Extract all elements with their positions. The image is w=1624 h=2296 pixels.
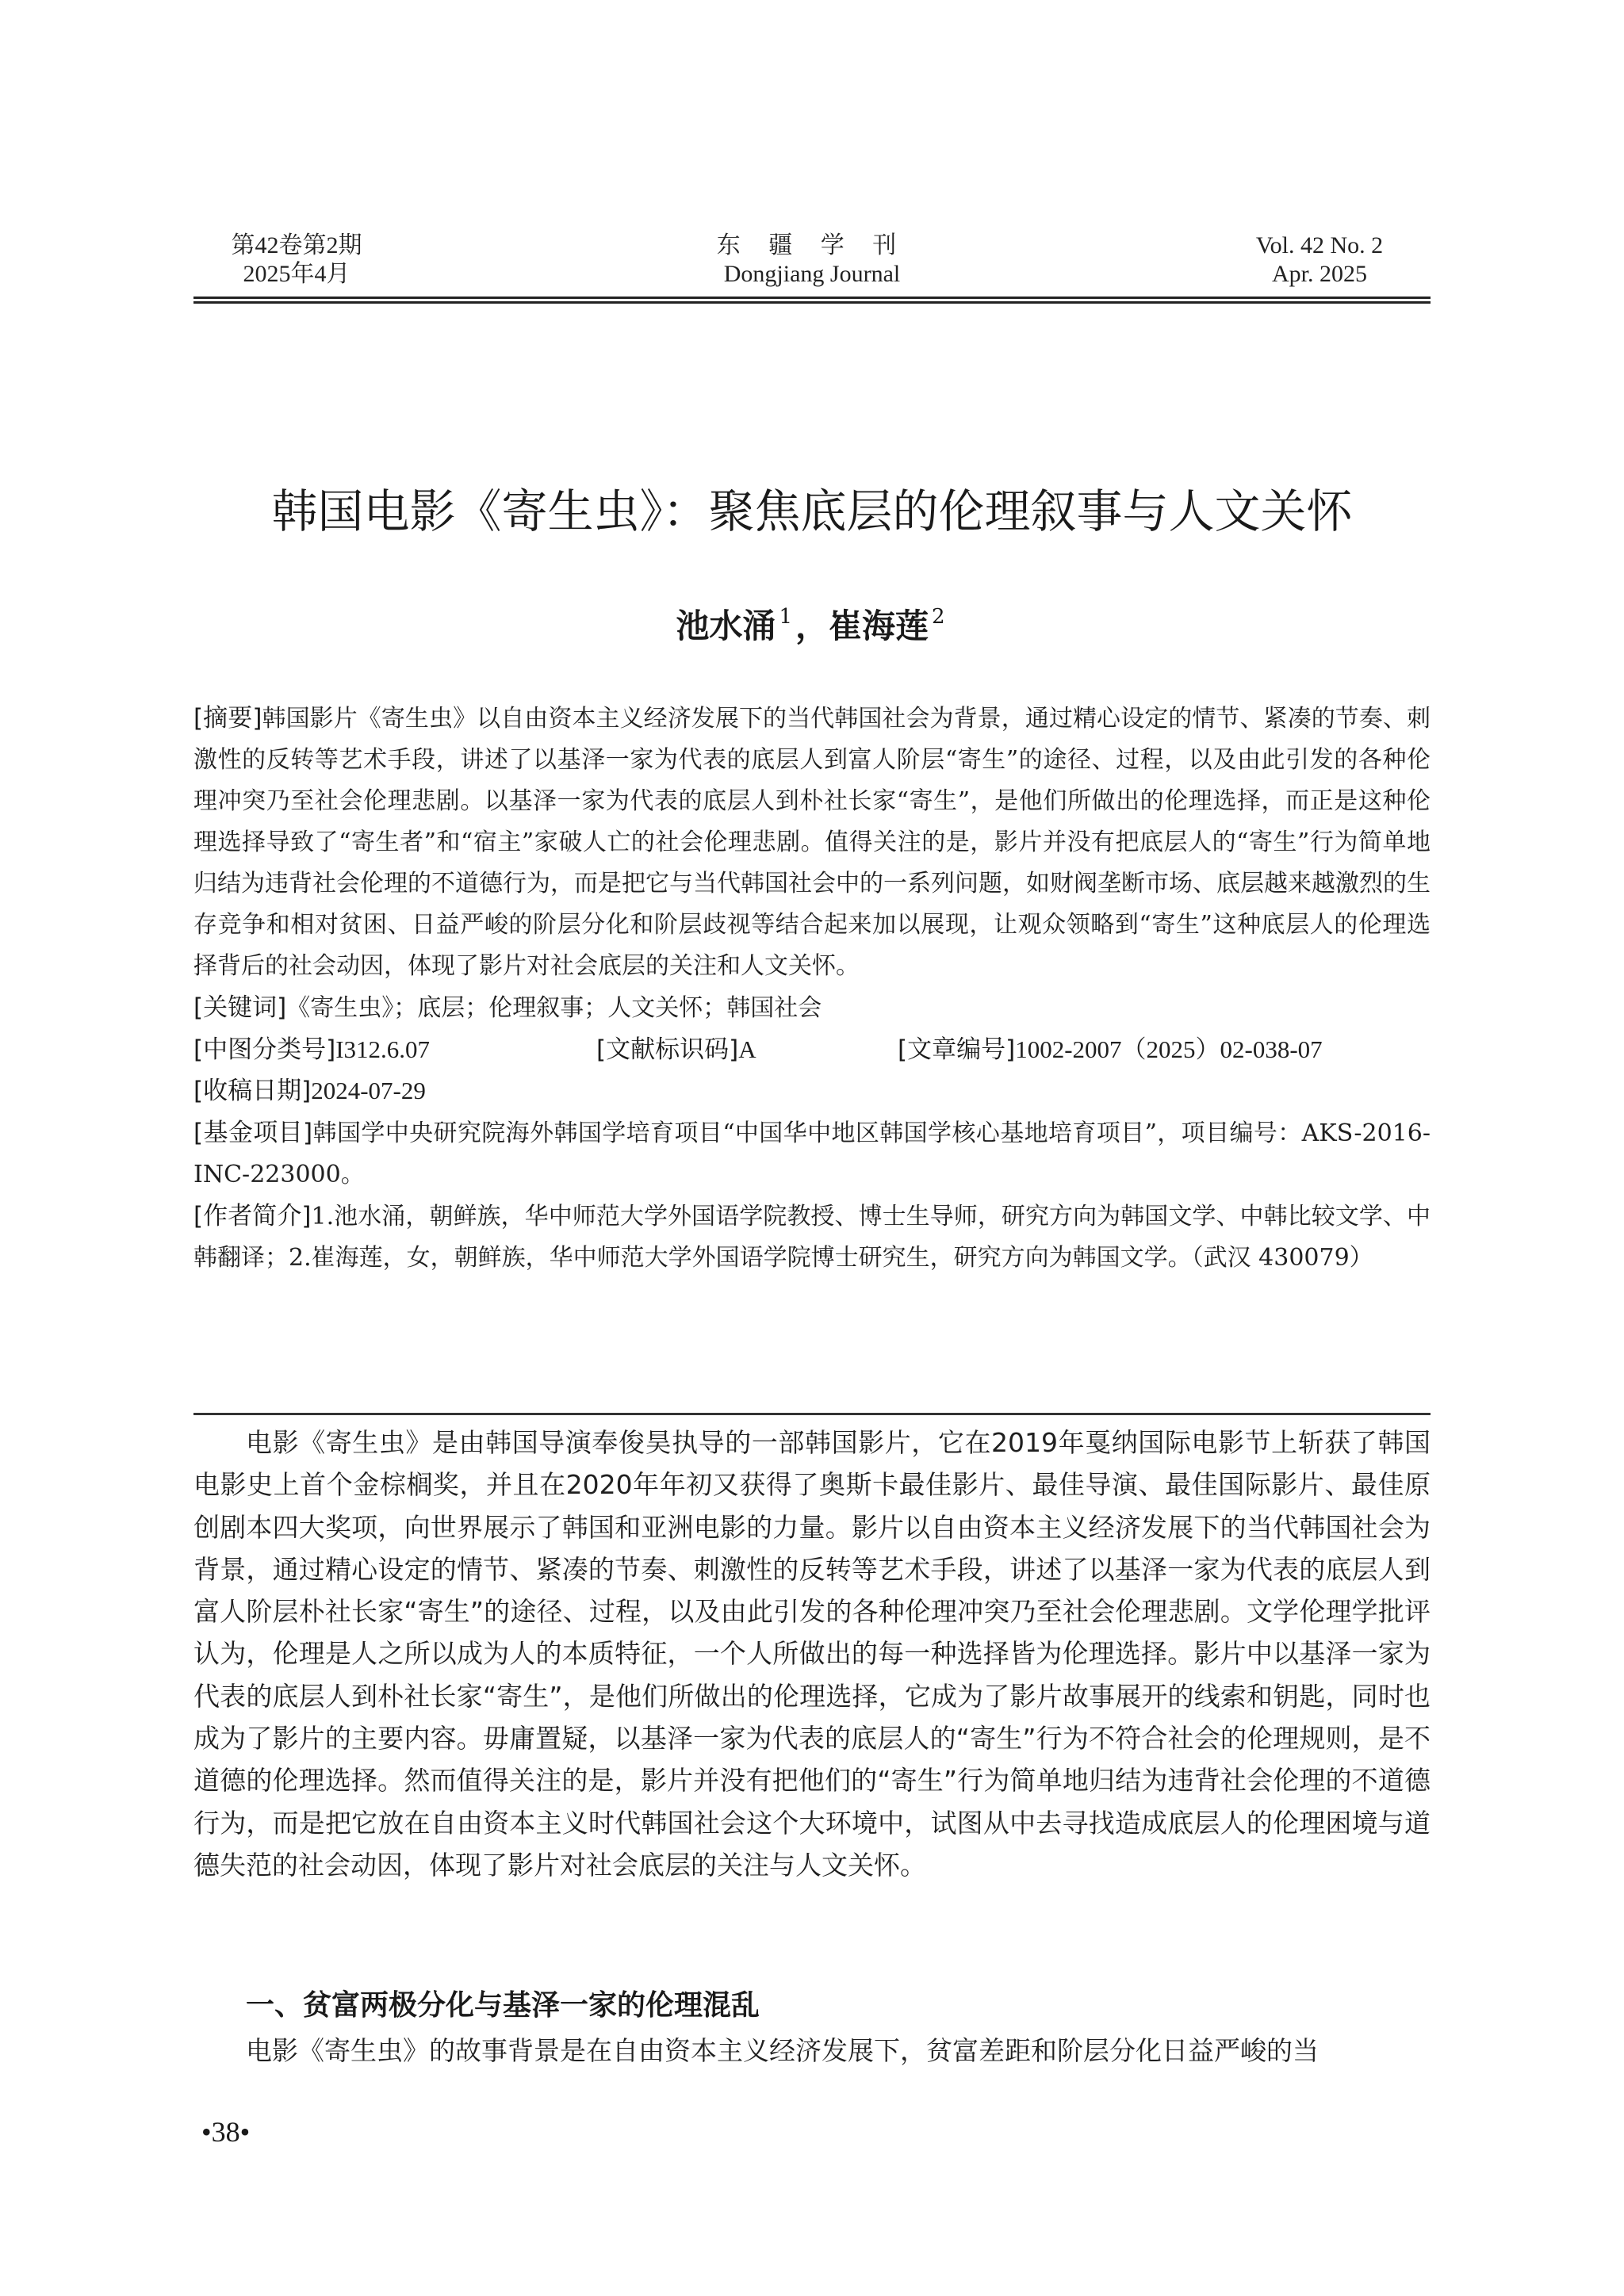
running-header: 第42卷第2期 2025年4月 东 疆 学 刊 Dongjiang Journa… — [193, 232, 1431, 295]
volume-issue-cn: 第42卷第2期 — [217, 232, 376, 260]
article-title: 韩国电影《寄生虫》：聚焦底层的伦理叙事与人文关怀 — [193, 481, 1431, 541]
volume-issue-en: Vol. 42 No. 2 — [1232, 232, 1407, 260]
doc-code-label: [文献标识码] — [596, 1035, 738, 1064]
classification-row: [中图分类号]I312.6.07 [文献标识码]A [文章编号]1002-200… — [193, 1029, 1431, 1070]
body-text: 电影《寄生虫》是由韩国导演奉俊昊执导的一部韩国影片，它在2019年戛纳国际电影节… — [193, 1422, 1431, 1886]
date-en: Apr. 2025 — [1232, 260, 1407, 289]
clc-label: [中图分类号] — [193, 1035, 335, 1064]
author-line: 池水涌1，崔海莲2 — [193, 593, 1431, 650]
article-no-cell: [文章编号]1002-2007（2025）02-038-07 — [898, 1029, 1323, 1071]
article-no-value: 1002-2007（2025）02-038-07 — [1015, 1035, 1322, 1063]
fund-label: [基金项目] — [193, 1119, 312, 1147]
received-label: [收稿日期] — [193, 1077, 311, 1105]
author-name: 池水涌 — [676, 607, 776, 645]
keywords: [关键词]《寄生虫》；底层；伦理叙事；人文关怀；韩国社会 — [193, 987, 1431, 1029]
page-number: •38• — [201, 2115, 250, 2149]
keywords-label: [关键词] — [193, 993, 286, 1022]
journal-name-cn: 东 疆 学 刊 — [653, 232, 971, 260]
doc-code-cell: [文献标识码]A — [596, 1029, 756, 1071]
author-name: 崔海莲 — [829, 607, 929, 645]
abstract-label: [摘要] — [193, 704, 262, 733]
section-body: 电影《寄生虫》的故事背景是在自由资本主义经济发展下，贫富差距和阶层分化日益严峻的… — [193, 2030, 1431, 2072]
front-matter: [摘要]韩国影片《寄生虫》以自由资本主义经济发展下的当代韩国社会为背景，通过精心… — [193, 698, 1431, 1279]
abstract: [摘要]韩国影片《寄生虫》以自由资本主义经济发展下的当代韩国社会为背景，通过精心… — [193, 698, 1431, 987]
section-heading: 一、贫富两极分化与基泽一家的伦理混乱 — [246, 1984, 760, 2028]
received-date: [收稿日期]2024-07-29 — [193, 1070, 1431, 1112]
header-double-rule — [193, 297, 1431, 304]
journal-name: 东 疆 学 刊 Dongjiang Journal — [653, 232, 971, 289]
fund-info: [基金项目]韩国学中央研究院海外韩国学培育项目“中国华中地区韩国学核心基地培育项… — [193, 1112, 1431, 1196]
section-paragraph: 电影《寄生虫》的故事背景是在自由资本主义经济发展下，贫富差距和阶层分化日益严峻的… — [193, 2030, 1431, 2072]
received-value: 2024-07-29 — [311, 1077, 426, 1104]
abstract-text: 韩国影片《寄生虫》以自由资本主义经济发展下的当代韩国社会为背景，通过精心设定的情… — [193, 705, 1431, 980]
author-affiliation-mark: 1 — [779, 605, 792, 629]
intro-paragraph: 电影《寄生虫》是由韩国导演奉俊昊执导的一部韩国影片，它在2019年戛纳国际电影节… — [193, 1422, 1431, 1886]
date-cn: 2025年4月 — [217, 260, 376, 289]
issue-info-en: Vol. 42 No. 2 Apr. 2025 — [1232, 232, 1407, 289]
front-matter-separator — [193, 1413, 1431, 1415]
journal-page: 第42卷第2期 2025年4月 东 疆 学 刊 Dongjiang Journa… — [0, 0, 1624, 2296]
bio-label: [作者简介] — [193, 1202, 312, 1230]
author-bio: [作者简介]1.池水涌，朝鲜族，华中师范大学外国语学院教授、博士生导师，研究方向… — [193, 1196, 1431, 1279]
author-affiliation-mark: 2 — [932, 605, 945, 629]
journal-name-en: Dongjiang Journal — [653, 260, 971, 289]
fund-text: 韩国学中央研究院海外韩国学培育项目“中国华中地区韩国学核心基地培育项目”，项目编… — [193, 1119, 1431, 1188]
author-separator: ， — [795, 607, 829, 645]
bio-text: 1.池水涌，朝鲜族，华中师范大学外国语学院教授、博士生导师，研究方向为韩国文学、… — [193, 1203, 1431, 1272]
clc-cell: [中图分类号]I312.6.07 — [193, 1029, 430, 1071]
issue-info: 第42卷第2期 2025年4月 — [217, 232, 376, 289]
article-no-label: [文章编号] — [898, 1035, 1015, 1064]
keywords-text: 《寄生虫》；底层；伦理叙事；人文关怀；韩国社会 — [286, 994, 822, 1022]
doc-code-value: A — [738, 1035, 756, 1063]
clc-value: I312.6.07 — [335, 1035, 430, 1063]
